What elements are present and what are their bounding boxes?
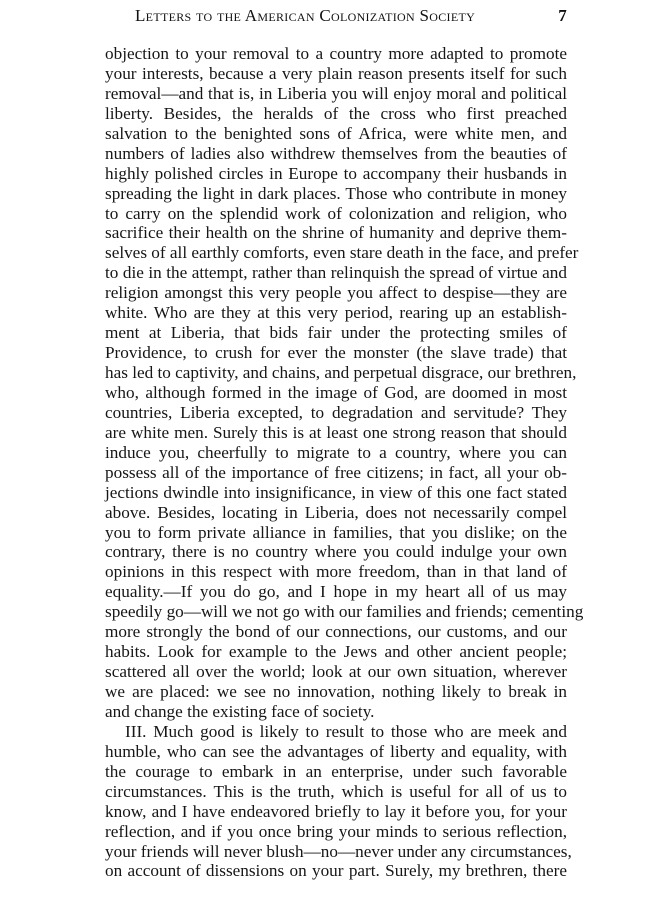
text-line: induce you, cheerfully to migrate to a c… (105, 443, 567, 463)
text-line: habits. Look for example to the Jews and… (105, 642, 567, 662)
text-line: possess all of the importance of free ci… (105, 463, 567, 483)
text-line: speedily go—will we not go with our fami… (105, 602, 567, 622)
page-number: 7 (558, 6, 567, 26)
text-line: your friends will never blush—no—never u… (105, 842, 567, 862)
text-line: to carry on the splendid work of coloniz… (105, 204, 567, 224)
text-line: selves of all earthly comforts, even sta… (105, 243, 567, 263)
text-line: numbers of ladies also withdrew themselv… (105, 144, 567, 164)
text-line: jections dwindle into insignificance, in… (105, 483, 567, 503)
text-line: know, and I have endeavored briefly to l… (105, 802, 567, 822)
text-line: scattered all over the world; look at ou… (105, 662, 567, 682)
text-line: has led to captivity, and chains, and pe… (105, 363, 567, 383)
text-line: your interests, because a very plain rea… (105, 64, 567, 84)
text-line: salvation to the benighted sons of Afric… (105, 124, 567, 144)
text-line: removal—and that is, in Liberia you will… (105, 84, 567, 104)
text-line: reflection, and if you once bring your m… (105, 822, 567, 842)
text-line: the courage to embark in an enterprise, … (105, 762, 567, 782)
text-line: circumstances. This is the truth, which … (105, 782, 567, 802)
text-line: countries, Liberia excepted, to degradat… (105, 403, 567, 423)
text-line: who, although formed in the image of God… (105, 383, 567, 403)
paragraph-2: III. Much good is likely to result to th… (105, 722, 567, 882)
body-text: objection to your removal to a country m… (105, 44, 567, 881)
running-header: Letters to the American Colonization Soc… (135, 6, 567, 28)
text-line: are white men. Surely this is at least o… (105, 423, 567, 443)
text-line: III. Much good is likely to result to th… (105, 722, 567, 742)
text-line: Providence, to crush for ever the monste… (105, 343, 567, 363)
text-line: religion amongst this very people you af… (105, 283, 567, 303)
text-line: white. Who are they at this very period,… (105, 303, 567, 323)
text-line: contrary, there is no country where you … (105, 542, 567, 562)
text-line: equality.—If you do go, and I hope in my… (105, 582, 567, 602)
text-line: spreading the light in dark places. Thos… (105, 184, 567, 204)
text-line: highly polished circles in Europe to acc… (105, 164, 567, 184)
text-line: to die in the attempt, rather than relin… (105, 263, 567, 283)
running-title: Letters to the American Colonization Soc… (135, 6, 475, 26)
text-line: more strongly the bond of our connection… (105, 622, 567, 642)
text-line: ment at Liberia, that bids fair under th… (105, 323, 567, 343)
text-line: on account of dissensions on your part. … (105, 861, 567, 881)
text-line: liberty. Besides, the heralds of the cro… (105, 104, 567, 124)
text-line: humble, who can see the advantages of li… (105, 742, 567, 762)
text-line: you to form private alliance in families… (105, 523, 567, 543)
text-line: sacrifice their health on the shrine of … (105, 223, 567, 243)
text-line: we are placed: we see no innovation, not… (105, 682, 567, 702)
text-line: above. Besides, locating in Liberia, doe… (105, 503, 567, 523)
text-line: opinions in this respect with more freed… (105, 562, 567, 582)
paragraph-1: objection to your removal to a country m… (105, 44, 567, 722)
text-line: and change the existing face of society. (105, 702, 567, 722)
text-line: objection to your removal to a country m… (105, 44, 567, 64)
